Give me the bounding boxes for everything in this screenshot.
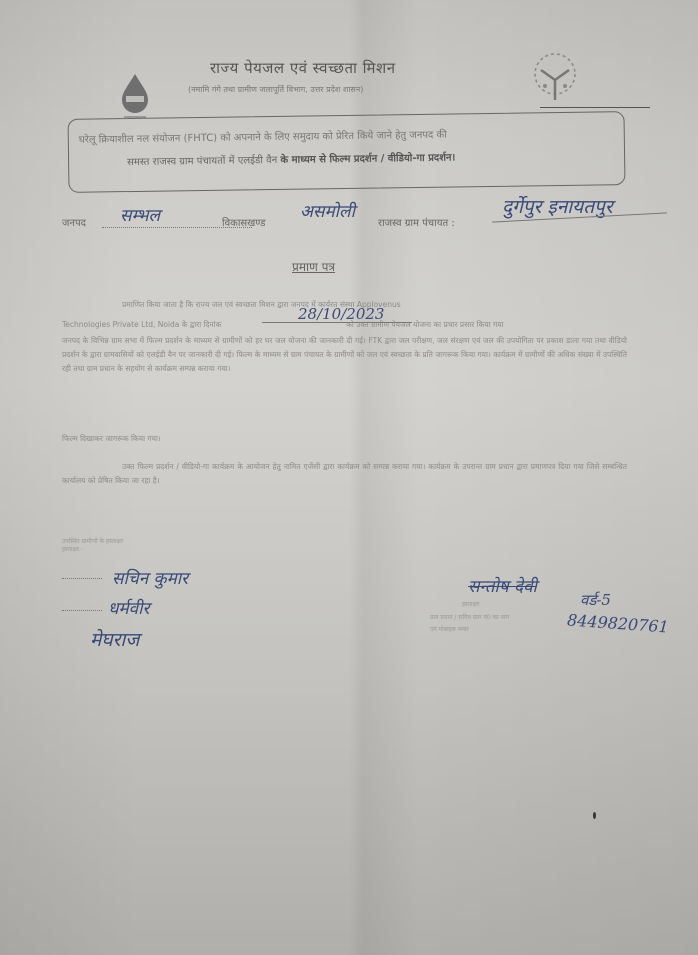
- panchayat-label: राजस्व ग्राम पंचायत :: [378, 215, 455, 229]
- pradhan-caption-2: ग्राम प्रधान / सचिव ग्राम पं0 का नाम: [430, 613, 509, 621]
- para1-body: जनपद के विभिन्न ग्राम सभा में फिल्म प्रद…: [62, 334, 627, 432]
- para1-end: फिल्म दिखाकर जागरूक किया गया।: [62, 432, 362, 446]
- para2: उक्त फिल्म प्रदर्शन / वीडियो-गा कार्यक्र…: [62, 460, 627, 490]
- pradhan-signature: सन्तोष देवी: [468, 574, 537, 597]
- witness-line-1: [62, 578, 102, 579]
- pradhan-phone: 8449820761: [566, 610, 669, 636]
- ink-spot: [593, 812, 596, 819]
- district-value: सम्भल: [120, 203, 160, 226]
- certificate-title: प्रमाण पत्र: [292, 258, 335, 275]
- program-banner: घरेलू क्रियाशील नल संयोजन (FHTC) को अपना…: [68, 111, 626, 193]
- up-government-emblem-icon: [527, 48, 583, 104]
- district-label: जनपद: [62, 215, 86, 229]
- water-drop-icon: [118, 72, 152, 122]
- block-value: असमोली: [300, 199, 355, 222]
- witness-signature-3: मेघराज: [90, 626, 139, 652]
- mission-title: राज्य पेयजल एवं स्वच्छता मिशन: [210, 58, 396, 78]
- witness-line-2: [62, 610, 102, 611]
- pradhan-caption-1: हस्ताक्षर: [462, 600, 479, 608]
- banner-line-1: घरेलू क्रियाशील नल संयोजन (FHTC) को अपना…: [79, 127, 447, 146]
- location-fields: जनपद सम्भल विकासखण्ड असमोली राजस्व ग्राम…: [62, 205, 682, 235]
- para1-line2-a: Technologies Private Ltd, Noida के द्वार…: [62, 320, 221, 329]
- header-divider: [540, 107, 650, 108]
- pradhan-ward: वर्ड-5: [580, 590, 611, 610]
- program-date: 28/10/2023: [298, 305, 384, 323]
- witness-signature-2: धर्मवीर: [108, 596, 149, 619]
- witness-caption: उपस्थित ग्रामीणों के हस्ताक्षर: [62, 537, 123, 545]
- banner-line-2-bold: के माध्यम से फिल्म प्रदर्शन / वीडियो-गा …: [280, 152, 455, 165]
- pradhan-caption-3: एवं मोबाइल नम्बर: [430, 625, 469, 633]
- banner-line-2-prefix: समस्त राजस्व ग्राम पंचायतों में एलईडी वै…: [127, 155, 277, 168]
- witness-prefix: हस्ताक्षर -: [62, 545, 123, 553]
- witness-block: उपस्थित ग्रामीणों के हस्ताक्षर हस्ताक्षर…: [62, 537, 123, 553]
- block-label: विकासखण्ड: [222, 215, 265, 229]
- mission-subtitle: (नमामि गंगे तथा ग्रामीण जलापूर्ति विभाग,…: [188, 84, 363, 95]
- witness-signature-1: सचिन कुमार: [112, 566, 188, 589]
- banner-line-2: समस्त राजस्व ग्राम पंचायतों में एलईडी वै…: [127, 149, 455, 168]
- date-underline: [262, 322, 412, 323]
